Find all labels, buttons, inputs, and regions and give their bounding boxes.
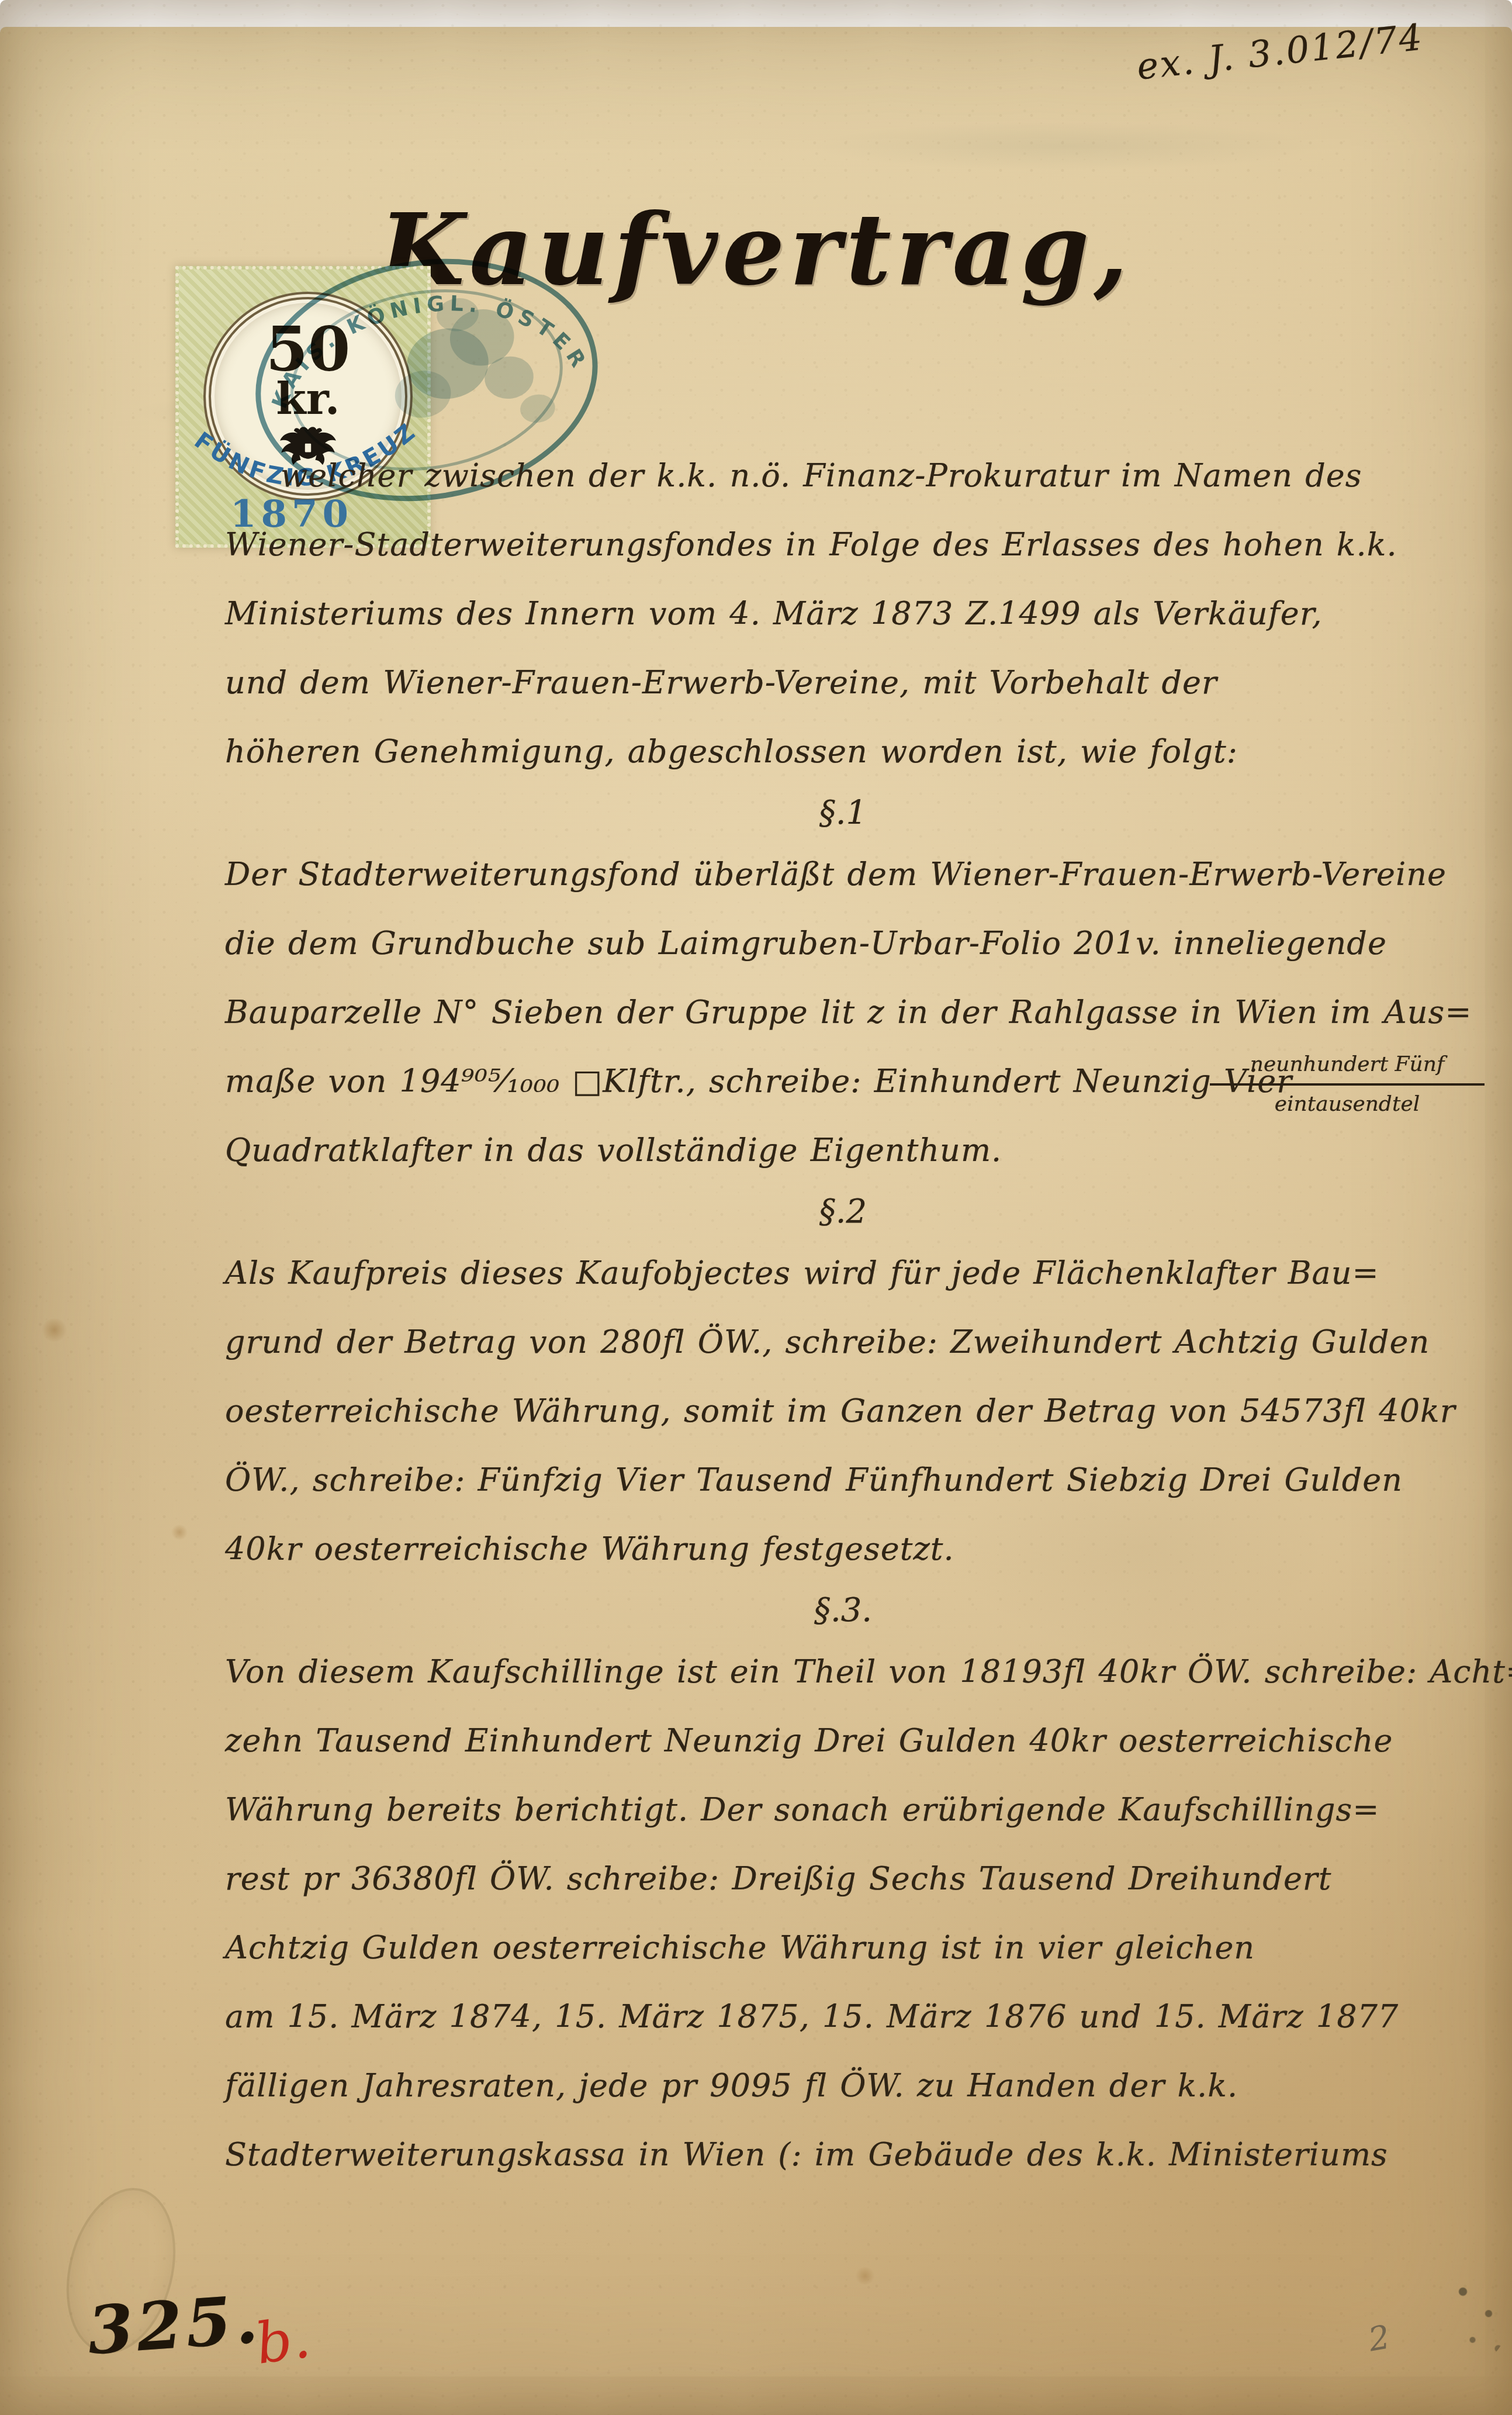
manuscript-line: am 15. März 1874, 15. März 1875, 15. Mär… xyxy=(225,1982,1461,2051)
manuscript-line: höheren Genehmigung, abgeschlossen worde… xyxy=(225,717,1461,786)
section-heading-2: §.2 xyxy=(225,1185,1461,1239)
manuscript-line: Quadratklafter in das vollständige Eigen… xyxy=(225,1116,1461,1185)
manuscript-line: oesterreichische Währung, somit im Ganze… xyxy=(225,1377,1461,1446)
manuscript-line: Bauparzelle N° Sieben der Gruppe lit z i… xyxy=(225,978,1461,1047)
document-scan: ex. J. 3.012/74 50 kr. FÜNFZIG KREUZER 1… xyxy=(0,0,1512,2415)
margin-note: neunhundert Fünf eintausendtel xyxy=(1210,1049,1485,1120)
manuscript-line: und dem Wiener-Frauen-Erwerb-Vereine, mi… xyxy=(225,648,1461,717)
manuscript-line: Ministeriums des Innern vom 4. März 1873… xyxy=(225,579,1461,648)
manuscript-line: ÖW., schreibe: Fünfzig Vier Tausend Fünf… xyxy=(225,1446,1461,1515)
section-heading-3: §.3. xyxy=(225,1584,1461,1637)
manuscript-line: Stadterweiterungskassa in Wien (: im Geb… xyxy=(225,2120,1461,2189)
manuscript-line: Von diesem Kaufschillinge ist ein Theil … xyxy=(225,1637,1461,1706)
manuscript-line: welcher zwischen der k.k. n.ö. Finanz-Pr… xyxy=(225,441,1461,510)
margin-note-denominator: eintausendtel xyxy=(1210,1086,1485,1120)
manuscript-line: die dem Grundbuche sub Laimgruben-Urbar-… xyxy=(225,909,1461,978)
manuscript-line: grund der Betrag von 280fl ÖW., schreibe… xyxy=(225,1308,1461,1377)
manuscript-line: Als Kaufpreis dieses Kaufobjectes wird f… xyxy=(225,1239,1461,1308)
margin-note-numerator: neunhundert Fünf xyxy=(1210,1049,1485,1086)
docket-number: 325. xyxy=(85,2281,264,2369)
manuscript-line: 40kr oesterreichische Währung festgesetz… xyxy=(225,1515,1461,1584)
manuscript-line: Wiener-Stadterweiterungsfondes in Folge … xyxy=(225,510,1461,579)
manuscript-line: rest pr 36380fl ÖW. schreibe: Dreißig Se… xyxy=(225,1844,1461,1913)
manuscript-line: fälligen Jahresraten, jede pr 9095 fl ÖW… xyxy=(225,2051,1461,2120)
manuscript-text: welcher zwischen der k.k. n.ö. Finanz-Pr… xyxy=(225,441,1461,2189)
manuscript-line: Achtzig Gulden oesterreichische Währung … xyxy=(225,1913,1461,1982)
manuscript-line: Der Stadterweiterungsfond überläßt dem W… xyxy=(225,840,1461,909)
manuscript-line: Währung bereits berichtigt. Der sonach e… xyxy=(225,1775,1461,1844)
section-heading-1: §.1 xyxy=(225,786,1461,840)
manuscript-line: zehn Tausend Einhundert Neunzig Drei Gul… xyxy=(225,1706,1461,1775)
docket-red-mark: b. xyxy=(252,2305,314,2377)
